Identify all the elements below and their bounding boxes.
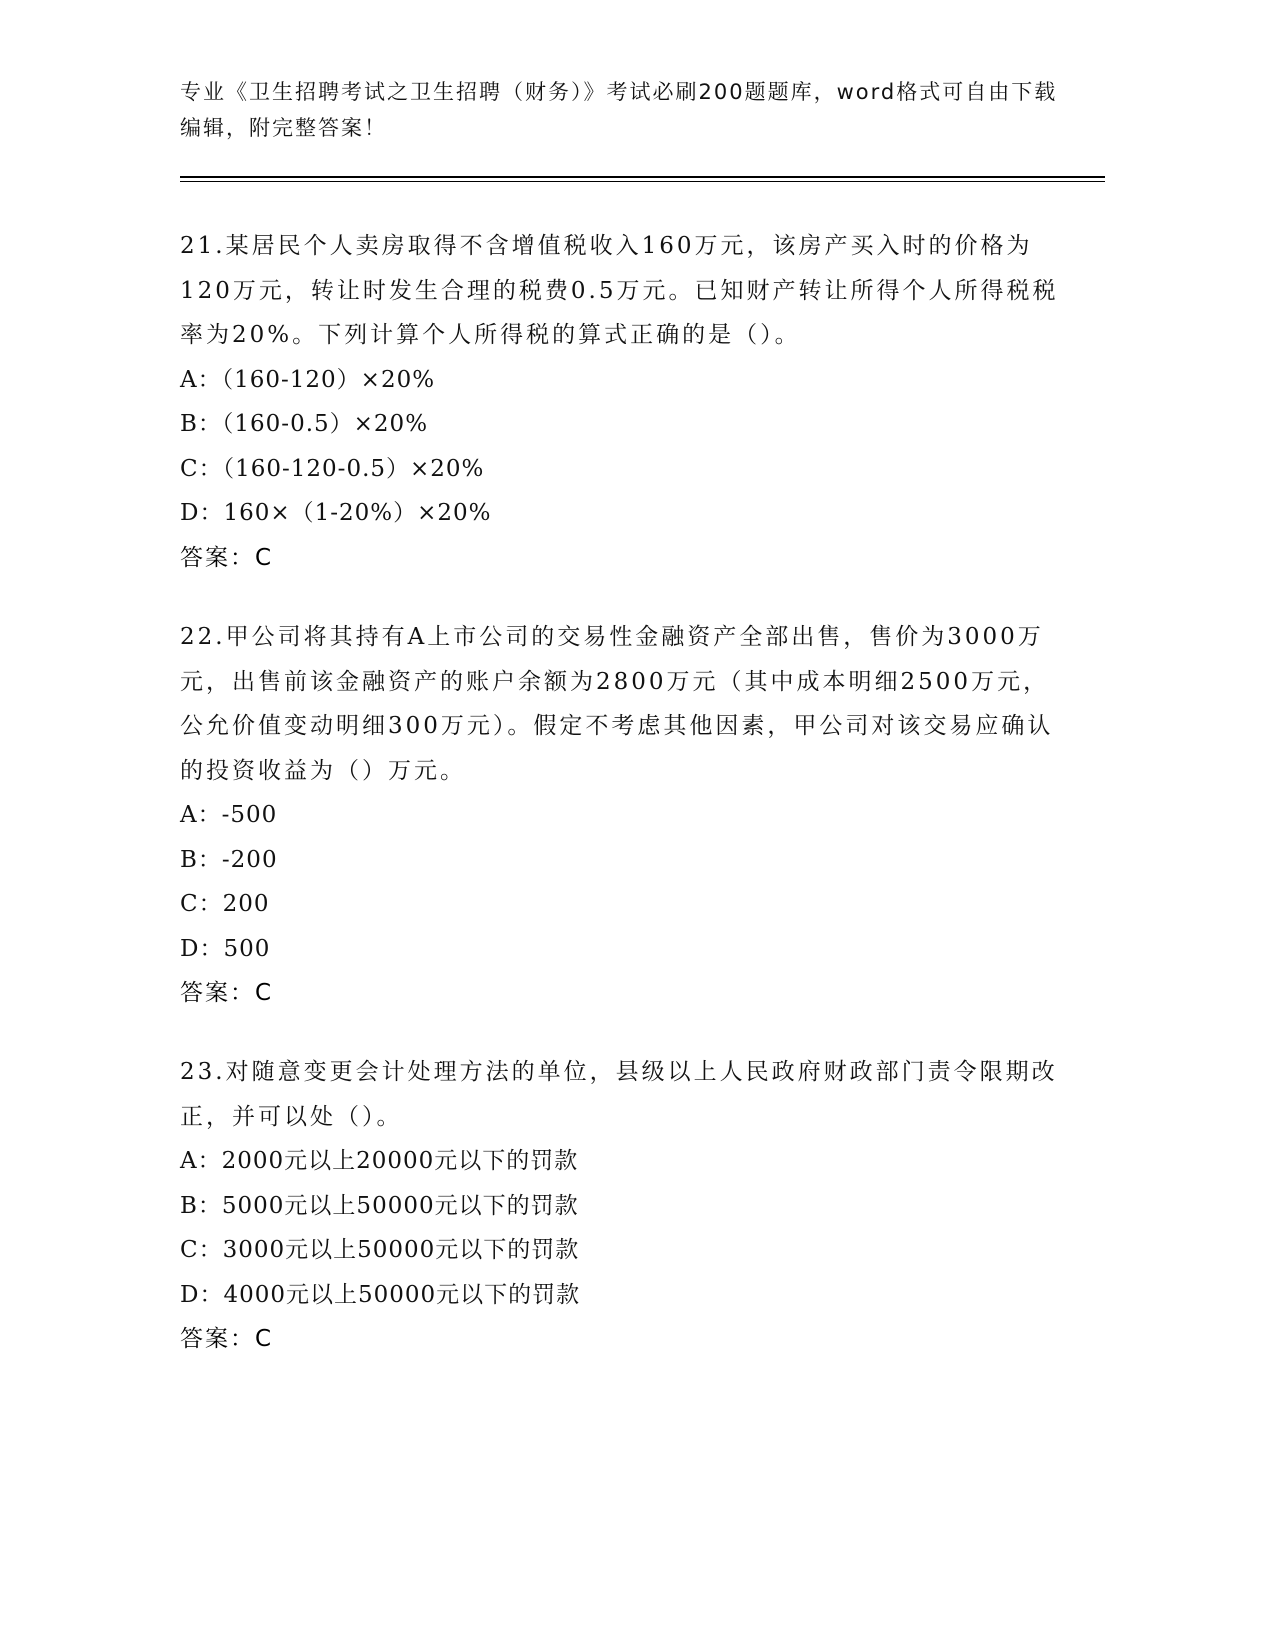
question-23: 23.对随意变更会计处理方法的单位，县级以上人民政府财政部门责令限期改正，并可以… [180,1050,1060,1362]
question-21: 21.某居民个人卖房取得不含增值税收入160万元，该房产买入时的价格为120万元… [180,224,1060,580]
answer-line: 答案：C [180,536,1060,581]
question-stem: 21.某居民个人卖房取得不含增值税收入160万元，该房产买入时的价格为120万元… [180,224,1060,358]
answer-line: 答案：C [180,1317,1060,1362]
option-c: C：3000元以上50000元以下的罚款 [180,1228,1060,1273]
option-a: A：（160-120）×20% [180,358,1060,403]
option-a: A：-500 [180,793,1060,838]
header-rule-thick [180,176,1105,178]
option-b: B：5000元以上50000元以下的罚款 [180,1184,1060,1229]
option-d: D：4000元以上50000元以下的罚款 [180,1273,1060,1318]
option-d: D：160×（1-20%）×20% [180,491,1060,536]
answer-line: 答案：C [180,971,1060,1016]
question-stem: 23.对随意变更会计处理方法的单位，县级以上人民政府财政部门责令限期改正，并可以… [180,1050,1060,1139]
option-c: C：200 [180,882,1060,927]
option-c: C：（160-120-0.5）×20% [180,447,1060,492]
question-stem: 22.甲公司将其持有A上市公司的交易性金融资产全部出售，售价为3000万元，出售… [180,615,1060,793]
question-22: 22.甲公司将其持有A上市公司的交易性金融资产全部出售，售价为3000万元，出售… [180,615,1060,1016]
document-intro: 专业《卫生招聘考试之卫生招聘（财务）》考试必刷200题题库，word格式可自由下… [180,74,1060,146]
option-b: B：（160-0.5）×20% [180,402,1060,447]
option-b: B：-200 [180,838,1060,883]
header-rule-thin [180,181,1105,182]
option-d: D：500 [180,927,1060,972]
option-a: A：2000元以上20000元以下的罚款 [180,1139,1060,1184]
document-page: 专业《卫生招聘考试之卫生招聘（财务）》考试必刷200题题库，word格式可自由下… [0,0,1275,1650]
